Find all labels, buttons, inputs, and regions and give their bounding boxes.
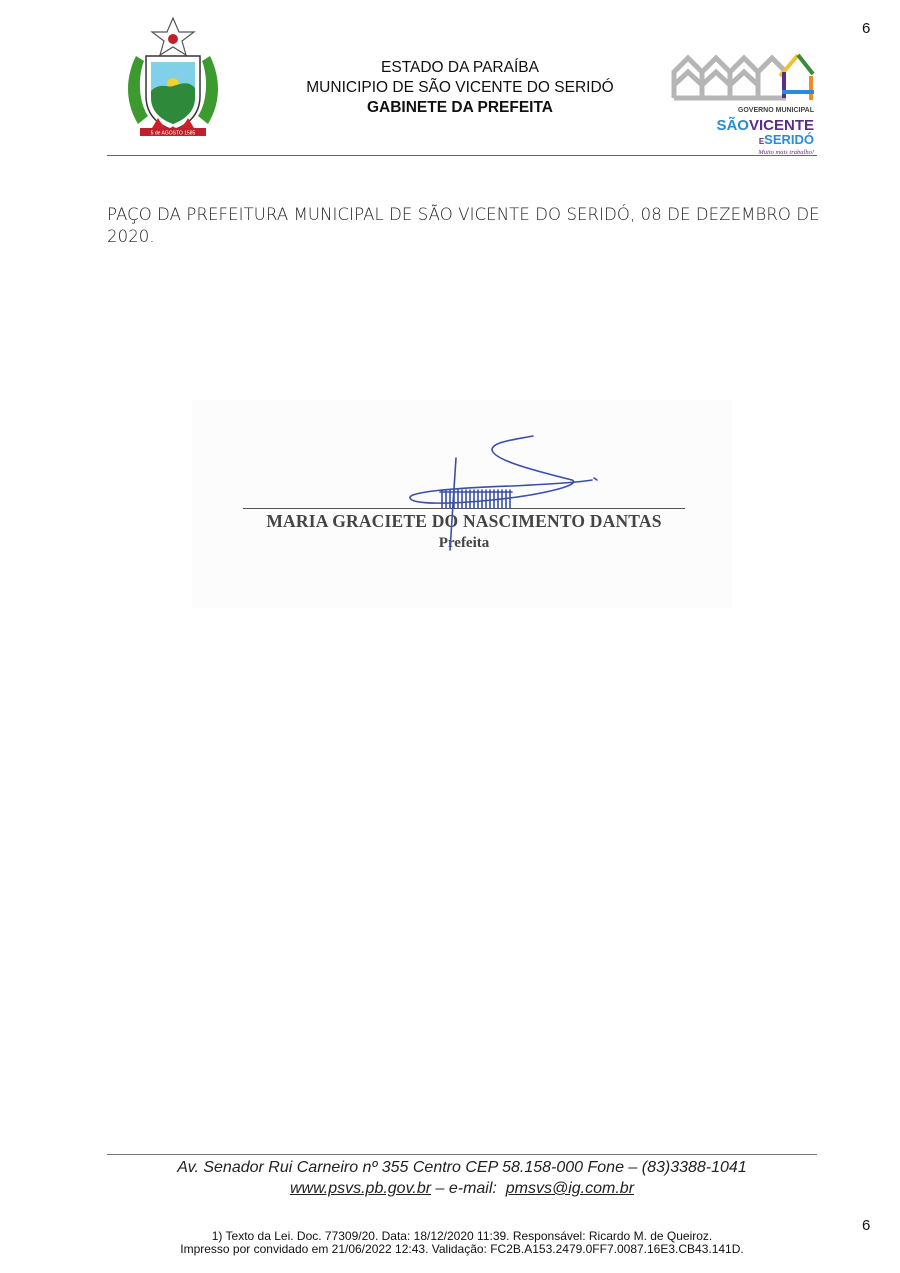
svg-text:GOVERNO MUNICIPAL: GOVERNO MUNICIPAL [738, 107, 815, 114]
paraiba-coat-of-arms-icon: 5 de AGOSTO 1585 [118, 16, 228, 144]
header-title-block: ESTADO DA PARAÍBA MUNICIPIO DE SÃO VICEN… [260, 58, 660, 118]
closing-statement: PAÇO DA PREFEITURA MUNICIPAL DE SÃO VICE… [107, 204, 827, 248]
header-state: ESTADO DA PARAÍBA [260, 58, 660, 78]
footer-contact: Av. Senador Rui Carneiro nº 355 Centro C… [107, 1157, 817, 1199]
handwritten-signature-icon [192, 400, 732, 608]
page-number-top: 6 [862, 20, 870, 37]
website-link[interactable]: www.psvs.pb.gov.br [290, 1180, 431, 1197]
svg-text:ESERIDÓ: ESERIDÓ [759, 132, 814, 147]
header-office: GABINETE DA PREFEITA [260, 98, 660, 118]
validation-info: Impresso por convidado em 21/06/2022 12:… [107, 1243, 817, 1256]
footer-address: Av. Senador Rui Carneiro nº 355 Centro C… [107, 1157, 817, 1178]
print-validation-info: 1) Texto da Lei. Doc. 77309/20. Data: 18… [107, 1230, 817, 1256]
page-number-bottom: 6 [862, 1217, 870, 1234]
header-divider [107, 155, 817, 156]
header-municipality: MUNICIPIO DE SÃO VICENTE DO SERIDÓ [260, 78, 660, 98]
email-link[interactable]: pmsvs@ig.com.br [506, 1180, 634, 1197]
footer-links: www.psvs.pb.gov.br – e-mail: pmsvs@ig.co… [107, 1178, 817, 1199]
houses-logo-icon: GOVERNO MUNICIPAL SÃOVICENTE ESERIDÓ Mui… [668, 50, 818, 160]
svg-text:5 de AGOSTO 1585: 5 de AGOSTO 1585 [151, 131, 196, 137]
footer-divider [107, 1154, 817, 1155]
email-label: – e-mail: [431, 1180, 506, 1197]
